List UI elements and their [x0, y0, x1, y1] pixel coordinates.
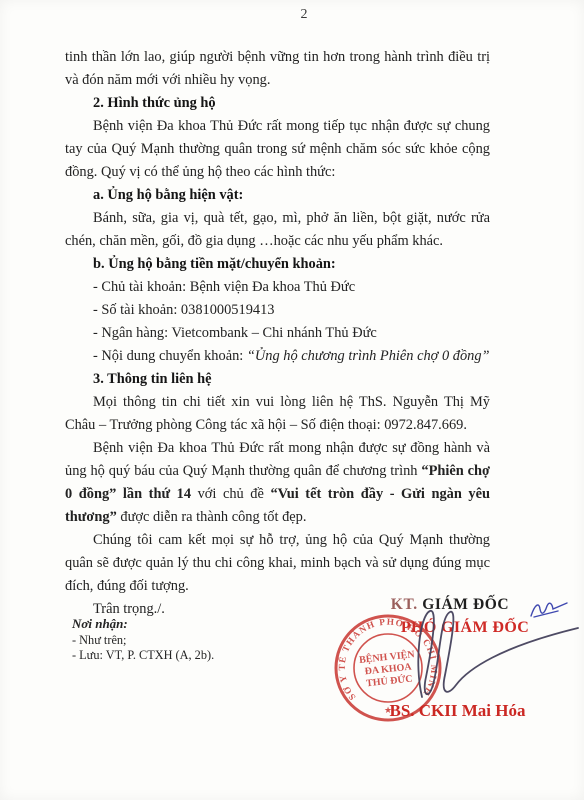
text-run: a. Ủng hộ bằng hiện vật: — [93, 187, 243, 203]
recipients-label: Nơi nhận: — [72, 616, 214, 631]
paragraph: Chúng tôi cam kết mọi sự hỗ trợ, ủng hộ … — [65, 529, 490, 598]
text-run: - Nội dung chuyển khoản: — [93, 348, 247, 364]
signer-name: BS. CKII Mai Hóa — [360, 701, 555, 721]
recipient-item: - Lưu: VT, P. CTXH (A, 2b). — [72, 648, 214, 663]
text-run: với chủ đề — [191, 486, 270, 502]
text-run: b. Ủng hộ bằng tiền mặt/chuyển khoản: — [93, 256, 336, 272]
text-run: Chúng tôi cam kết mọi sự hỗ trợ, ủng hộ … — [65, 532, 490, 594]
recipients-block: Nơi nhận: - Như trên;- Lưu: VT, P. CTXH … — [72, 616, 214, 663]
text-run: - Chủ tài khoản: Bệnh viện Đa khoa Thủ Đ… — [93, 279, 355, 295]
pen-flourish-icon — [528, 600, 570, 620]
scanned-letter-page: 2 tinh thần lớn lao, giúp người bệnh vữn… — [0, 0, 584, 800]
recipient-item: - Như trên; — [72, 633, 214, 648]
text-run: Bánh, sữa, gia vị, quà tết, gạo, mì, phở… — [65, 210, 490, 249]
paragraph: b. Ủng hộ bằng tiền mặt/chuyển khoản: — [65, 253, 490, 276]
text-run: Trân trọng./. — [93, 601, 165, 617]
text-run: 3. Thông tin liên hệ — [93, 371, 212, 387]
paragraph: tinh thần lớn lao, giúp người bệnh vững … — [65, 46, 490, 92]
recipients-list: - Như trên;- Lưu: VT, P. CTXH (A, 2b). — [72, 633, 214, 663]
text-run: tinh thần lớn lao, giúp người bệnh vững … — [65, 49, 490, 88]
text-run: - Số tài khoản: 0381000519413 — [93, 302, 274, 318]
director-title: GIÁM ĐỐC — [422, 596, 509, 613]
text-run: “Ủng hộ chương trình Phiên chợ 0 đồng” — [247, 348, 490, 364]
paragraph: 3. Thông tin liên hệ — [65, 368, 490, 391]
paragraph: Mọi thông tin chi tiết xin vui lòng liên… — [65, 391, 490, 437]
paragraph: - Ngân hàng: Vietcombank – Chi nhánh Thủ… — [65, 322, 490, 345]
acting-for-prefix: KT. — [391, 596, 418, 613]
paragraph: - Số tài khoản: 0381000519413 — [65, 299, 490, 322]
paragraph: Bệnh viện Đa khoa Thủ Đức rất mong nhận … — [65, 437, 490, 529]
letter-body: tinh thần lớn lao, giúp người bệnh vững … — [65, 46, 490, 621]
stamp-center-text: BỆNH VIỆN ĐA KHOA THỦ ĐỨC — [358, 647, 418, 690]
page-number: 2 — [0, 7, 584, 23]
text-run: Mọi thông tin chi tiết xin vui lòng liên… — [65, 394, 490, 433]
text-run: Bệnh viện Đa khoa Thủ Đức rất mong tiếp … — [65, 118, 490, 180]
paragraph: a. Ủng hộ bằng hiện vật: — [65, 184, 490, 207]
text-run: - Ngân hàng: Vietcombank – Chi nhánh Thủ… — [93, 325, 377, 341]
paragraph: Bệnh viện Đa khoa Thủ Đức rất mong tiếp … — [65, 115, 490, 184]
text-run: được diễn ra thành công tốt đẹp. — [117, 509, 307, 525]
paragraph: Bánh, sữa, gia vị, quà tết, gạo, mì, phở… — [65, 207, 490, 253]
paragraph: 2. Hình thức ủng hộ — [65, 92, 490, 115]
paragraph: - Nội dung chuyển khoản: “Ủng hộ chương … — [65, 345, 490, 368]
paragraph: - Chủ tài khoản: Bệnh viện Đa khoa Thủ Đ… — [65, 276, 490, 299]
text-run: 2. Hình thức ủng hộ — [93, 95, 216, 111]
acting-director-line: KT. GIÁM ĐỐC — [355, 596, 545, 614]
